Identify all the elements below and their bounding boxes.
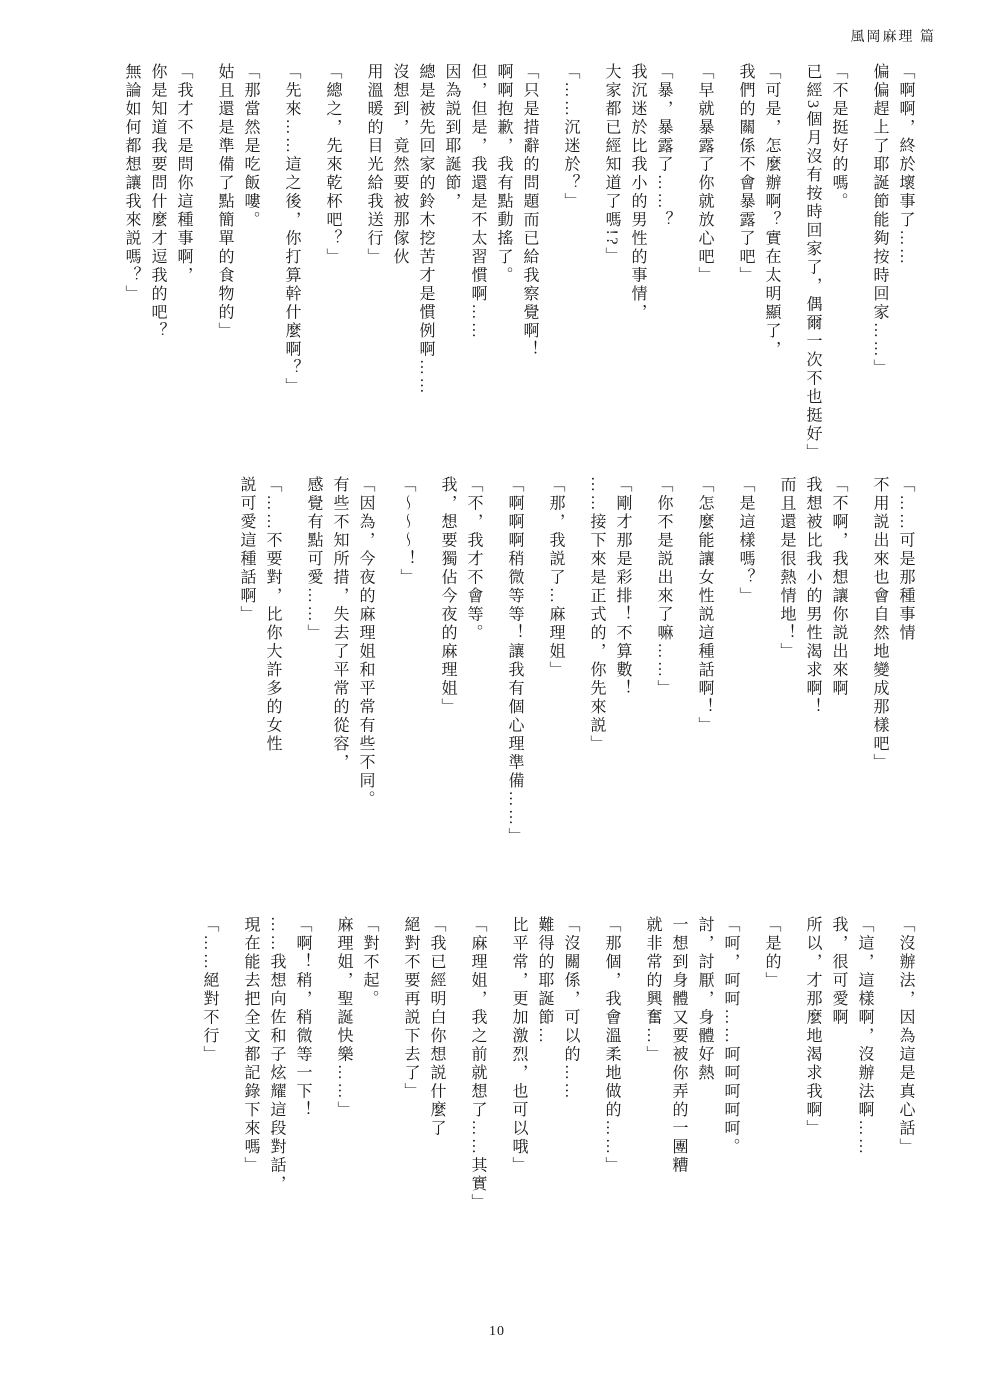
- dialogue-line: 已經3個月沒有按時回家了，偶爾一次不也挺好」: [799, 63, 825, 485]
- dialogue-group: 「啊啊啊稍微等等！讓我有個心理準備……」: [501, 476, 527, 896]
- dialogue-line: 但，但是，我還是不太習慣啊……: [464, 63, 490, 485]
- dialogue-group: 「只是措辭的問題而已給我察覺啊！啊啊抱歉，我有點動搖了。但，但是，我還是不太習慣…: [360, 63, 542, 485]
- dialogue-group: 「那當然是吃飯嘍。姑且還是準備了點簡單的食物的」: [211, 63, 263, 485]
- dialogue-line: 「沒辦法，因為這是真心話」: [892, 916, 918, 1346]
- dialogue-group: 「……絕對不行」: [196, 916, 222, 1346]
- dialogue-group: 「啊啊，終於壞事了……偏偏趕上了耶誕節能夠按時回家……」: [866, 63, 918, 485]
- dialogue-group: 「總之，先來乾杯吧？」: [319, 63, 345, 485]
- dialogue-line: 「是的」: [758, 916, 784, 1346]
- dialogue-line: 「啊啊啊稍微等等！讓我有個心理準備……」: [501, 476, 527, 896]
- dialogue-line: 「啊啊，終於壞事了……: [892, 63, 918, 485]
- dialogue-line: 「只是措辭的問題而已給我察覺啊！: [516, 63, 542, 485]
- dialogue-line: 「你不是説出來了嘛……」: [650, 476, 676, 896]
- dialogue-line: 「……不要對，比你大許多的女性: [259, 476, 285, 896]
- dialogue-group: 「麻理姐，我之前就想了……其實」: [464, 916, 490, 1346]
- dialogue-line: 感覺有點可愛……」: [300, 476, 326, 896]
- dialogue-line: 我沉迷於比我小的男性的事情，: [624, 63, 650, 485]
- dialogue-line: 「不，我才不會等。: [460, 476, 486, 896]
- dialogue-line: 「剛才那是彩排！不算數！: [609, 476, 635, 896]
- dialogue-line: 就非常的興奮…」: [639, 916, 665, 1346]
- dialogue-line: 不用説出來也會自然地變成那樣吧」: [866, 476, 892, 896]
- dialogue-line: 「怎麼能讓女性説這種話啊！」: [691, 476, 717, 896]
- dialogue-line: 絕對不要再説下去了」: [397, 916, 423, 1346]
- dialogue-line: 我想被比我小的男性渴求啊！: [799, 476, 825, 896]
- dialogue-group: 「呵，呵呵……呵呵呵呵呵。討，討厭，身體好熱一想到身體又要被你弄的一團糟就非常的…: [639, 916, 743, 1346]
- dialogue-line: 一想到身體又要被你弄的一團糟: [665, 916, 691, 1346]
- dialogue-line: 有些不知所措，失去了平常的從容，: [326, 476, 352, 896]
- dialogue-group: 「不，我才不會等。我，想要獨佔今夜的麻理姐」: [434, 476, 486, 896]
- dialogue-group: 「早就暴露了你就放心吧」: [691, 63, 717, 485]
- dialogue-group: 「是這樣嗎？」: [732, 476, 758, 896]
- dialogue-group: 「這，這樣啊，沒辦法啊……我，很可愛啊所以，才那麼地渴求我啊」: [799, 916, 877, 1346]
- dialogue-group: 「先來……這之後，你打算幹什麼啊？」: [278, 63, 304, 485]
- dialogue-group: 「對不起。麻理姐，聖誕快樂……」: [330, 916, 382, 1346]
- dialogue-group: 「沒關係，可以的……難得的耶誕節…比平常，更加激烈，也可以哦」: [505, 916, 583, 1346]
- dialogue-line: 「先來……這之後，你打算幹什麼啊？」: [278, 63, 304, 485]
- dialogue-line: 「總之，先來乾杯吧？」: [319, 63, 345, 485]
- dialogue-line: 「可是，怎麼辦啊？實在太明顯了，: [758, 63, 784, 485]
- dialogue-line: 「不啊，我想讓你説出來啊: [825, 476, 851, 896]
- dialogue-line: 「……沉迷於？」: [557, 63, 583, 485]
- dialogue-line: 比平常，更加激烈，也可以哦」: [505, 916, 531, 1346]
- dialogue-group: 「可是，怎麼辦啊？實在太明顯了，我們的關係不會暴露了吧」: [732, 63, 784, 485]
- dialogue-group: 「啊！稍，稍微等一下！……我想向佐和子炫耀這段對話，現在能去把全文都記錄下來嗎」: [237, 916, 315, 1346]
- dialogue-group: 「那個，我會溫柔地做的……」: [598, 916, 624, 1346]
- dialogue-line: 説可愛這種話啊」: [233, 476, 259, 896]
- dialogue-line: 「那，我説了…麻理姐」: [542, 476, 568, 896]
- dialogue-line: ……接下來是正式的，你先來説」: [583, 476, 609, 896]
- dialogue-group: 「我已經明白你想説什麼了絕對不要再説下去了」: [397, 916, 449, 1346]
- dialogue-line: 總是被先回家的鈴木挖苦才是慣例啊……: [412, 63, 438, 485]
- dialogue-line: 難得的耶誕節…: [531, 916, 557, 1346]
- chapter-title: 風岡麻理 篇: [851, 26, 937, 46]
- dialogue-line: 「是這樣嗎？」: [732, 476, 758, 896]
- page-number: 10: [0, 1324, 994, 1340]
- dialogue-line: 「啊！稍，稍微等一下！: [289, 916, 315, 1346]
- dialogue-band-bottom: 「沒辦法，因為這是真心話」「這，這樣啊，沒辦法啊……我，很可愛啊所以，才那麼地渴…: [181, 916, 918, 1346]
- dialogue-group: 「……沉迷於？」: [557, 63, 583, 485]
- dialogue-line: 大家都已經知道了嗎!?」: [598, 63, 624, 485]
- dialogue-line: 偏偏趕上了耶誕節能夠按時回家……」: [866, 63, 892, 485]
- dialogue-line: 用溫暖的目光給我送行」: [360, 63, 386, 485]
- dialogue-line: 「我才不是問你這種事啊，: [170, 63, 196, 485]
- dialogue-line: 而且還是很熱情地！」: [773, 476, 799, 896]
- dialogue-band-middle: 「……可是那種事情不用説出來也會自然地變成那樣吧」「不啊，我想讓你説出來啊我想被…: [218, 476, 918, 896]
- dialogue-group: 「沒辦法，因為這是真心話」: [892, 916, 918, 1346]
- dialogue-line: 姑且還是準備了點簡單的食物的」: [211, 63, 237, 485]
- dialogue-line: 「那個，我會溫柔地做的……」: [598, 916, 624, 1346]
- dialogue-line: ……我想向佐和子炫耀這段對話，: [263, 916, 289, 1346]
- dialogue-group: 「～～～！」: [393, 476, 419, 896]
- dialogue-group: 「因為，今夜的麻理姐和平常有些不同。有些不知所措，失去了平常的從容，感覺有點可愛…: [300, 476, 378, 896]
- dialogue-line: 「那當然是吃飯嘍。: [237, 63, 263, 485]
- dialogue-line: 「沒關係，可以的……: [557, 916, 583, 1346]
- dialogue-group: 「暴，暴露了……？我沉迷於比我小的男性的事情，大家都已經知道了嗎!?」: [598, 63, 676, 485]
- dialogue-line: 「因為，今夜的麻理姐和平常有些不同。: [352, 476, 378, 896]
- dialogue-group: 「那，我説了…麻理姐」: [542, 476, 568, 896]
- dialogue-group: 「……可是那種事情不用説出來也會自然地變成那樣吧」: [866, 476, 918, 896]
- dialogue-line: 「暴，暴露了……？: [650, 63, 676, 485]
- dialogue-line: 「早就暴露了你就放心吧」: [691, 63, 717, 485]
- dialogue-group: 「怎麼能讓女性説這種話啊！」: [691, 476, 717, 896]
- dialogue-line: 無論如何都想讓我來説嗎？」: [118, 63, 144, 485]
- dialogue-group: 「不是挺好的嗎。已經3個月沒有按時回家了，偶爾一次不也挺好」: [799, 63, 851, 485]
- dialogue-line: 「不是挺好的嗎。: [825, 63, 851, 485]
- dialogue-line: 「……可是那種事情: [892, 476, 918, 896]
- dialogue-line: 「……絕對不行」: [196, 916, 222, 1346]
- dialogue-line: 沒想到，竟然要被那傢伙: [386, 63, 412, 485]
- dialogue-line: 「～～～！」: [393, 476, 419, 896]
- dialogue-line: 麻理姐，聖誕快樂……」: [330, 916, 356, 1346]
- dialogue-line: 討，討厭，身體好熱: [691, 916, 717, 1346]
- dialogue-group: 「我才不是問你這種事啊，你是知道我要問什麼才逗我的吧？無論如何都想讓我來説嗎？」: [118, 63, 196, 485]
- dialogue-band-top: 「啊啊，終於壞事了……偏偏趕上了耶誕節能夠按時回家……」「不是挺好的嗎。已經3個…: [103, 63, 918, 485]
- dialogue-line: 「這，這樣啊，沒辦法啊……: [851, 916, 877, 1346]
- dialogue-line: 你是知道我要問什麼才逗我的吧？: [144, 63, 170, 485]
- dialogue-group: 「不啊，我想讓你説出來啊我想被比我小的男性渴求啊！而且還是很熱情地！」: [773, 476, 851, 896]
- dialogue-line: 「麻理姐，我之前就想了……其實」: [464, 916, 490, 1346]
- dialogue-line: 「我已經明白你想説什麼了: [423, 916, 449, 1346]
- dialogue-line: 「對不起。: [356, 916, 382, 1346]
- manuscript-page: 風岡麻理 篇 「啊啊，終於壞事了……偏偏趕上了耶誕節能夠按時回家……」「不是挺好…: [0, 0, 994, 1380]
- dialogue-line: 啊啊抱歉，我有點動搖了。: [490, 63, 516, 485]
- dialogue-line: 我，很可愛啊: [825, 916, 851, 1346]
- dialogue-line: 「呵，呵呵……呵呵呵呵呵。: [717, 916, 743, 1346]
- dialogue-group: 「剛才那是彩排！不算數！……接下來是正式的，你先來説」: [583, 476, 635, 896]
- dialogue-line: 因為説到耶誕節，: [438, 63, 464, 485]
- dialogue-group: 「……不要對，比你大許多的女性説可愛這種話啊」: [233, 476, 285, 896]
- dialogue-group: 「是的」: [758, 916, 784, 1346]
- dialogue-line: 我們的關係不會暴露了吧」: [732, 63, 758, 485]
- dialogue-group: 「你不是説出來了嘛……」: [650, 476, 676, 896]
- dialogue-line: 所以，才那麼地渴求我啊」: [799, 916, 825, 1346]
- dialogue-line: 現在能去把全文都記錄下來嗎」: [237, 916, 263, 1346]
- dialogue-line: 我，想要獨佔今夜的麻理姐」: [434, 476, 460, 896]
